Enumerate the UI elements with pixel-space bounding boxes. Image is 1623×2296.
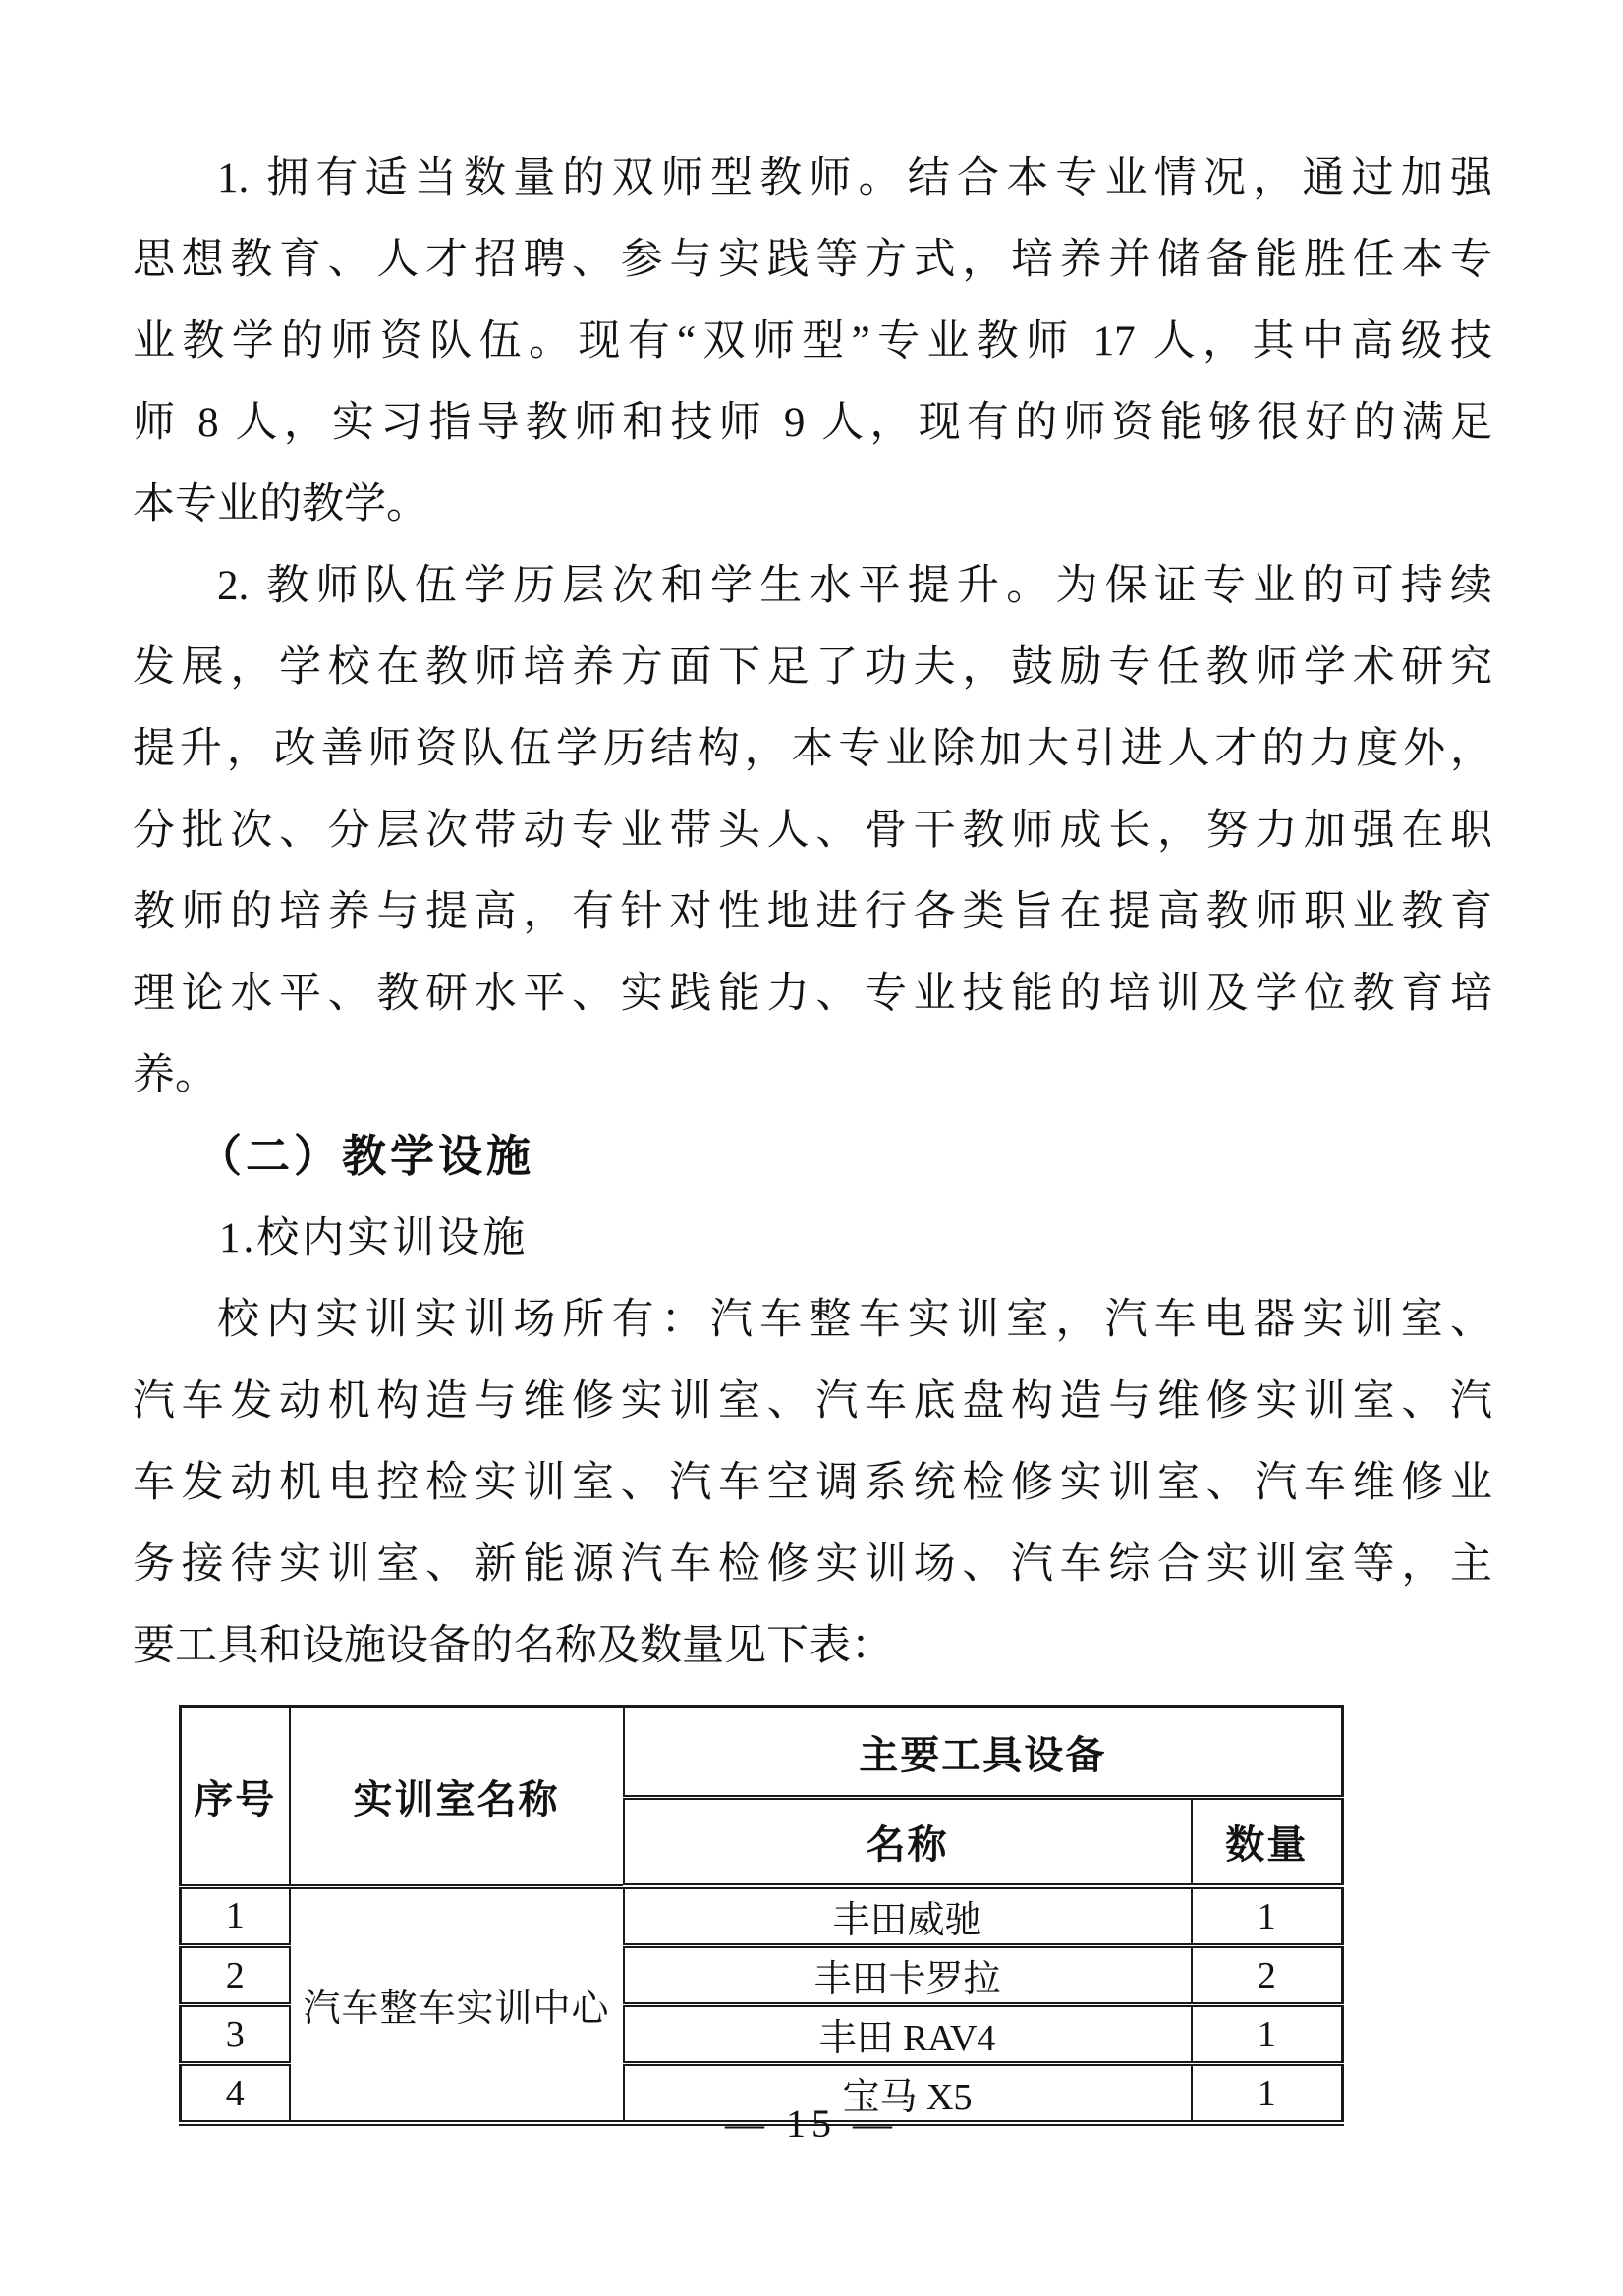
cell-quantity: 1 [1192,2005,1343,2064]
text-line: 1. 拥有适当数量的双师型教师。结合本专业情况，通过加强 [133,138,1492,219]
header-name: 名称 [624,1798,1192,1887]
cell-quantity: 1 [1192,1886,1343,1946]
text-line: 汽车发动机构造与维修实训室、汽车底盘构造与维修实训室、汽 [133,1361,1492,1442]
text-line: 2. 教师队伍学历层次和学生水平提升。为保证专业的可持续 [133,545,1492,627]
header-seq: 序号 [181,1707,290,1886]
header-room: 实训室名称 [290,1707,624,1886]
text-line: 分批次、分层次带动专业带头人、骨干教师成长，努力加强在职 [133,790,1492,871]
text-line: 务接待实训室、新能源汽车检修实训场、汽车综合实训室等，主 [133,1524,1492,1605]
text-line: 车发动机电控检实训室、汽车空调系统检修实训室、汽车维修业 [133,1442,1492,1524]
cell-seq: 1 [181,1886,290,1946]
cell-equipment-name: 丰田 RAV4 [624,2005,1192,2064]
table-row: 1汽车整车实训中心丰田威驰1 [181,1886,1343,1946]
text-line: 养。 [133,1035,1492,1116]
cell-seq: 3 [181,2005,290,2064]
table-body: 1汽车整车实训中心丰田威驰12丰田卡罗拉23丰田 RAV414宝马 X51 [181,1886,1343,2123]
text-line: 要工具和设施设备的名称及数量见下表： [133,1605,1492,1687]
header-tools: 主要工具设备 [624,1707,1343,1798]
text-line: 教师的培养与提高，有针对性地进行各类旨在提高教师职业教育 [133,871,1492,953]
header-qty: 数量 [1192,1798,1343,1887]
document-page: 1. 拥有适当数量的双师型教师。结合本专业情况，通过加强思想教育、人才招聘、参与… [0,0,1623,2296]
facilities-paragraph: 校内实训实训场所有：汽车整车实训室，汽车电器实训室、汽车发动机构造与维修实训室、… [133,1279,1492,1687]
subsection-heading: 1.校内实训设施 [133,1198,1492,1279]
cell-equipment-name: 丰田卡罗拉 [624,1946,1192,2005]
page-content: 1. 拥有适当数量的双师型教师。结合本专业情况，通过加强思想教育、人才招聘、参与… [133,138,1492,2126]
teachers-paragraph: 1. 拥有适当数量的双师型教师。结合本专业情况，通过加强思想教育、人才招聘、参与… [133,138,1492,545]
text-line: 本专业的教学。 [133,464,1492,545]
equipment-table: 序号 实训室名称 主要工具设备 名称 数量 1汽车整车实训中心丰田威驰12丰田卡… [179,1705,1344,2126]
text-line: 校内实训实训场所有：汽车整车实训室，汽车电器实训室、 [133,1279,1492,1361]
text-line: 业教学的师资队伍。现有“双师型”专业教师 17 人，其中高级技 [133,301,1492,382]
cell-room-name: 汽车整车实训中心 [290,1886,624,2123]
section-heading: （二）教学设施 [133,1116,1492,1198]
text-line: 师 8 人，实习指导教师和技师 9 人，现有的师资能够很好的满足 [133,382,1492,464]
cell-quantity: 2 [1192,1946,1343,2005]
text-line: 理论水平、教研水平、实践能力、专业技能的培训及学位教育培 [133,953,1492,1035]
table-header-row-1: 序号 实训室名称 主要工具设备 [181,1707,1343,1798]
page-number: — 15 — [0,2100,1623,2147]
text-line: 思想教育、人才招聘、参与实践等方式，培养并储备能胜任本专 [133,219,1492,301]
text-line: 发展，学校在教师培养方面下足了功夫，鼓励专任教师学术研究 [133,627,1492,708]
faculty-development-paragraph: 2. 教师队伍学历层次和学生水平提升。为保证专业的可持续发展，学校在教师培养方面… [133,545,1492,1116]
cell-seq: 2 [181,1946,290,2005]
text-line: 提升，改善师资队伍学历结构，本专业除加大引进人才的力度外， [133,708,1492,790]
cell-equipment-name: 丰田威驰 [624,1886,1192,1946]
